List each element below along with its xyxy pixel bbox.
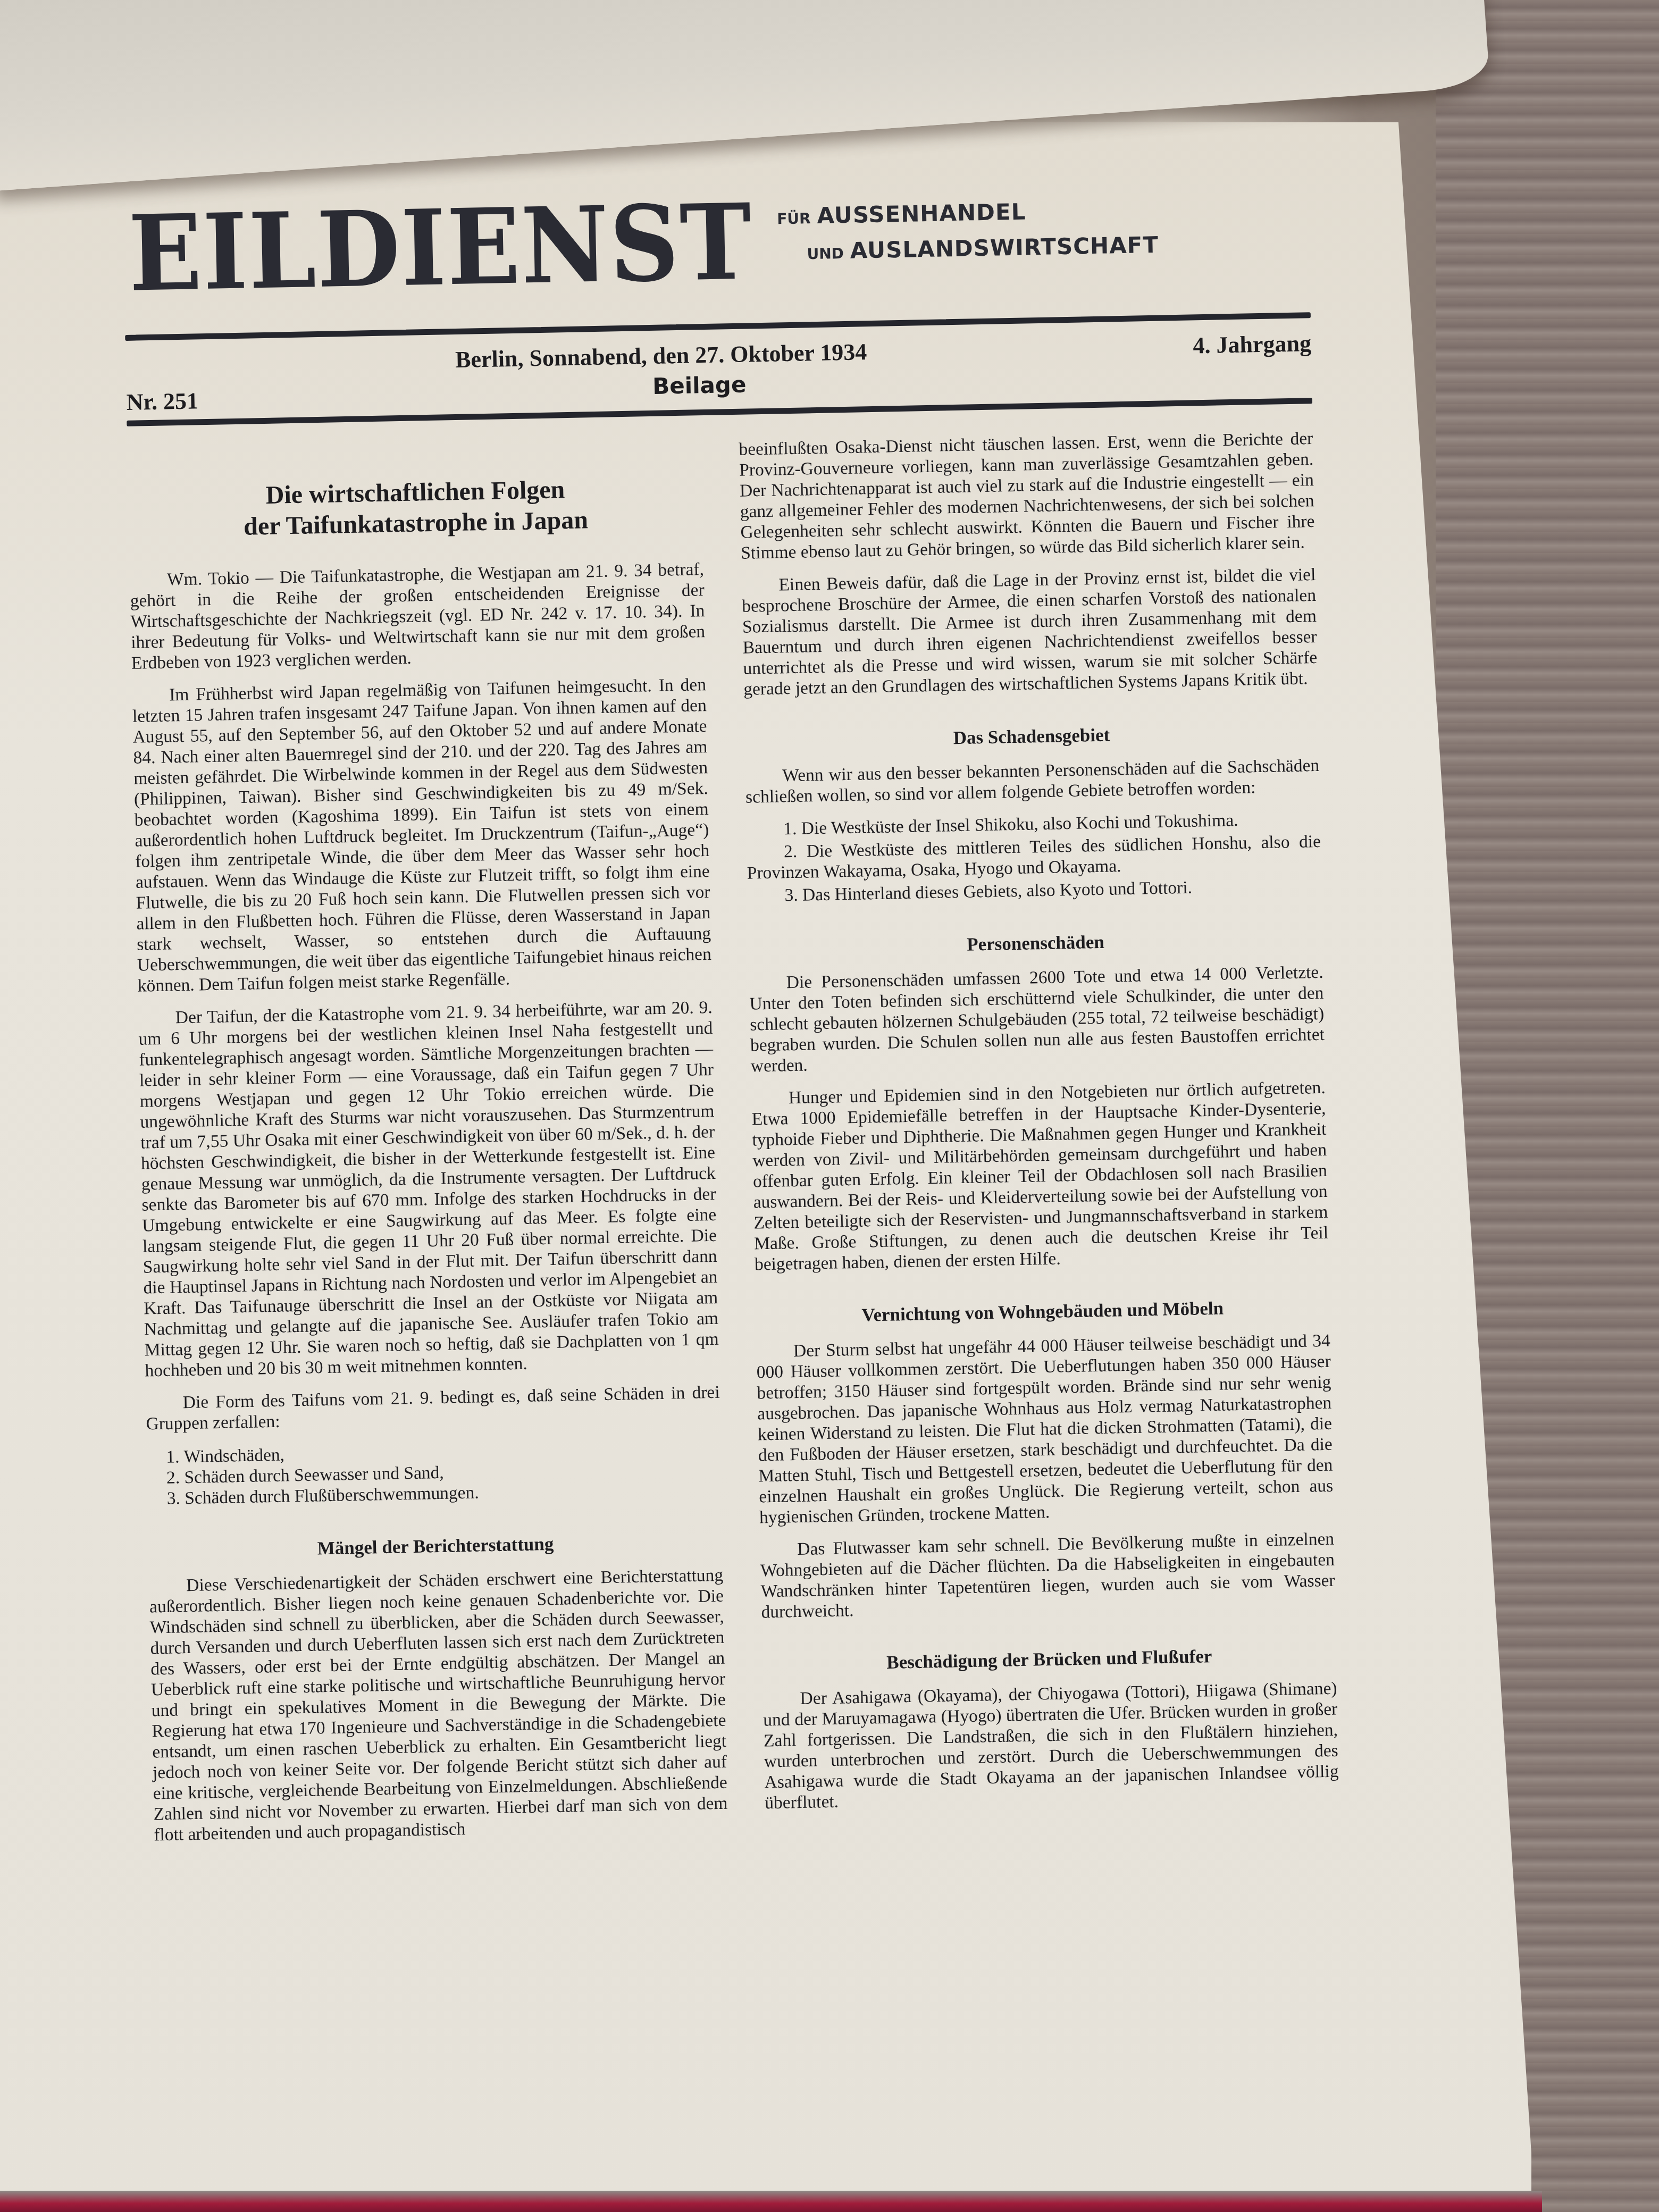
paragraph: Diese Verschiedenartigkeit der Schäden e… [149, 1565, 728, 1846]
subtitle-line-2: AUSLANDSWIRTSCHAFT [850, 232, 1159, 264]
paragraph: Im Frühherbst wird Japan regelmäßig von … [132, 674, 712, 996]
newspaper-sheet: EILDIENST FÜRAUSSENHANDEL UNDAUSLANDSWIR… [122, 169, 1340, 1857]
subtitle-line-1: AUSSENHANDEL [817, 198, 1026, 229]
newspaper-subtitle: FÜRAUSSENHANDEL UNDAUSLANDSWIRTSCHAFT [777, 193, 1159, 272]
paragraph: beeinflußten Osaka-Dienst nicht täuschen… [739, 428, 1315, 564]
headline-line-1: Die wirtschaftlichen Folgen [265, 475, 565, 509]
paragraph: Die Personenschäden umfassen 2600 Tote u… [749, 962, 1325, 1077]
section-heading-damage-area: Das Schadensgebiet [744, 720, 1319, 752]
volume-number: 4. Jahrgang [1193, 330, 1311, 359]
paragraph: Der Asahigawa (Okayama), der Chiyogawa (… [763, 1678, 1339, 1814]
subtitle-prefix-1: FÜR [777, 210, 811, 228]
article-columns: Die wirtschaftlichen Folgen der Taifunka… [127, 428, 1339, 1857]
damage-groups-list: Windschäden, Schäden durch Seewasser und… [146, 1436, 722, 1510]
article-headline: Die wirtschaftlichen Folgen der Taifunka… [128, 472, 703, 544]
book-binding-edge [0, 2191, 1542, 2212]
supplement-label: Beilage [652, 372, 747, 399]
paragraph: Die Form des Taifuns vom 21. 9. bedingt … [145, 1382, 720, 1435]
paragraph: Der Taifun, der die Katastrophe vom 21. … [138, 997, 719, 1381]
paragraph: Einen Beweis dafür, daß die Lage in der … [741, 564, 1318, 700]
section-heading-housing: Vernichtung von Wohngebäuden und Möbeln [755, 1296, 1330, 1328]
list-item: 2. Die Westküste des mittleren Teiles de… [747, 831, 1321, 884]
paragraph: Hunger und Epidemien sind in den Notgebi… [751, 1077, 1329, 1275]
paragraph: Wenn wir aus den besser bekannten Person… [745, 755, 1320, 808]
left-column: Die wirtschaftlichen Folgen der Taifunka… [127, 440, 728, 1857]
headline-line-2: der Taifunkatastrophe in Japan [244, 506, 589, 540]
paragraph: Das Flutwasser kam sehr schnell. Die Bev… [760, 1529, 1336, 1623]
issue-number: Nr. 251 [126, 387, 198, 416]
section-heading-casualties: Personenschäden [748, 927, 1323, 959]
subtitle-prefix-2: UND [807, 245, 844, 263]
newspaper-logo: EILDIENST [128, 190, 753, 306]
paragraph: Wm. Tokio — Die Taifunkatastrophe, die W… [130, 559, 706, 674]
issue-date: Berlin, Sonnabend, den 27. Oktober 1934 [455, 338, 867, 373]
section-heading-bridges: Beschädigung der Brücken und Flußufer [762, 1644, 1337, 1675]
section-heading-reporting: Mängel der Berichterstattung [148, 1530, 723, 1562]
masthead: EILDIENST FÜRAUSSENHANDEL UNDAUSLANDSWIR… [122, 169, 1311, 335]
paragraph: Der Sturm selbst hat ungefähr 44 000 Häu… [756, 1330, 1334, 1528]
right-column: beeinflußten Osaka-Dienst nicht täuschen… [739, 428, 1340, 1845]
